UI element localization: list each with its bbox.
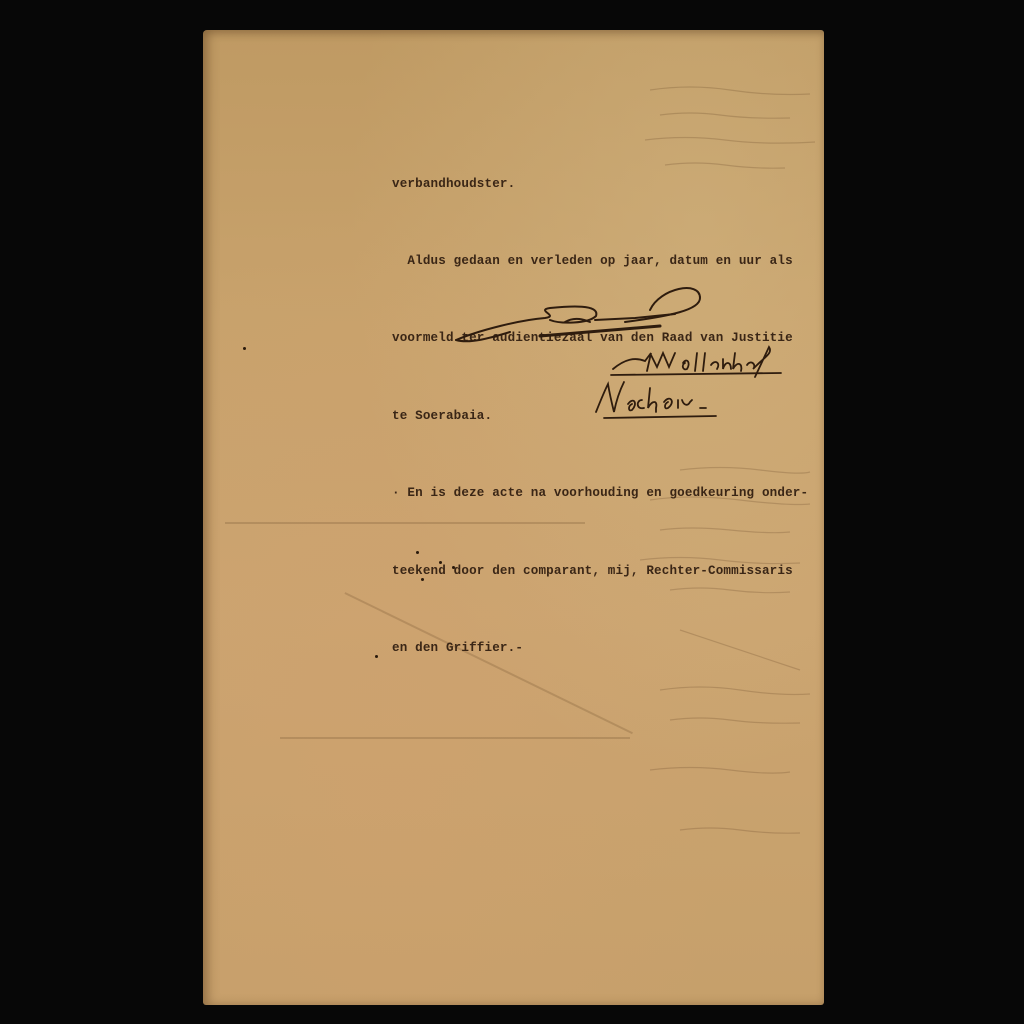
typed-line: en den Griffier.- (392, 636, 822, 662)
paper-speck (243, 347, 246, 350)
typed-line: teekend door den comparant, mij, Rechter… (392, 559, 822, 585)
paper-crease (280, 737, 630, 739)
typed-line: · En is deze acte na voorhouding en goed… (392, 481, 822, 507)
typed-line: Aldus gedaan en verleden op jaar, datum … (392, 249, 822, 275)
typed-line: verbandhoudster. (392, 172, 822, 198)
signature-griffier (590, 378, 725, 423)
signature-comparant (450, 280, 710, 350)
paper-speck (375, 655, 378, 658)
